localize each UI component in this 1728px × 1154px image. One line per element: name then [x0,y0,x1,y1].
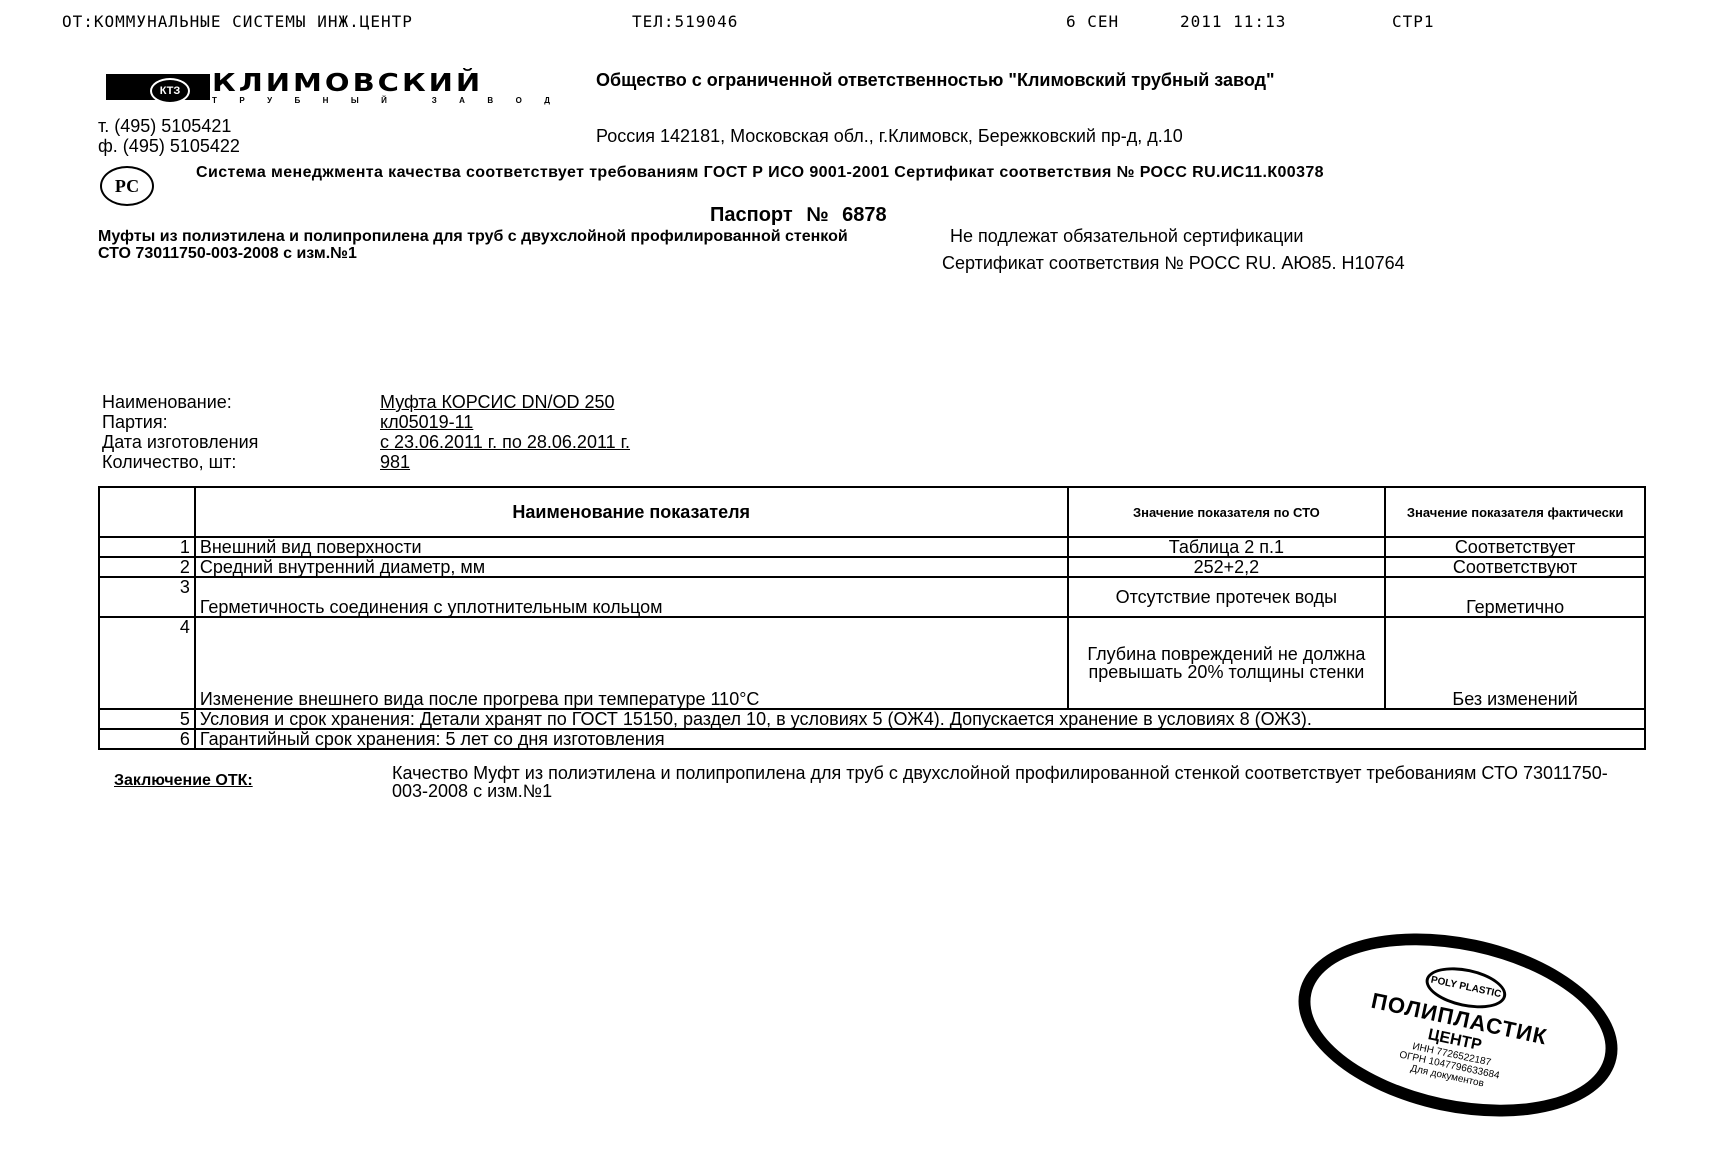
passport-label: Паспорт [710,204,793,226]
logo-subtitle-letter: Ы [351,96,359,105]
logo-subtitle-letter: У [267,96,272,105]
logo-subtitle-letter: Б [294,96,300,105]
table-row: 4 Изменение внешнего вида после прогрева… [99,617,1645,709]
logo-subtitle-letter: А [459,96,465,105]
passport-number: № 6878 [806,204,886,226]
logo-subtitle-letter: Й [381,96,387,105]
logo-subtitle-letter: Т [212,96,217,105]
logo-subtitle-letter: З [432,96,437,105]
logo-subtitle-letter: О [516,96,522,105]
table-row: 3 Герметичность соединения с уплотнитель… [99,577,1645,617]
table-row: 2 Средний внутренний диаметр, мм 252+2,2… [99,557,1645,577]
company-contacts: т. (495) 5105421 ф. (495) 5105422 [98,116,240,156]
row-name: Изменение внешнего вида после прогрева п… [195,617,1068,709]
logo-subtitle-letter: В [487,96,493,105]
info-label: Наименование: [102,392,380,412]
row-num: 4 [99,617,195,709]
table-header-row: Наименование показателя Значение показат… [99,487,1645,537]
logo-subtitle-letter: Р [239,96,244,105]
row-standard: Отсутствие протечек воды [1068,577,1386,617]
header-num [99,487,195,537]
specification-table: Наименование показателя Значение показат… [98,486,1646,750]
info-row: Наименование: Муфта КОРСИС DN/OD 250 [102,392,630,412]
row-name: Герметичность соединения с уплотнительны… [195,577,1068,617]
logo-subtitle-letter: Н [323,96,329,105]
row-name: Внешний вид поверхности [195,537,1068,557]
company-phone: т. (495) 5105421 [98,116,240,136]
info-value: с 23.06.2011 г. по 28.06.2011 г. [380,432,630,452]
info-label: Партия: [102,412,380,432]
company-logo: КТЗ КЛИМОВСКИЙ ТРУБНЫЙЗАВОД [106,72,550,106]
info-value: кл05019-11 [380,412,473,432]
info-value: 981 [380,452,410,472]
company-address: Россия 142181, Московская обл., г.Климов… [596,126,1183,147]
row-actual: Без изменений [1385,617,1645,709]
row-note: Гарантийный срок хранения: 5 лет со дня … [195,729,1645,749]
info-row: Количество, шт: 981 [102,452,630,472]
logo-name: КЛИМОВСКИЙ [212,68,483,97]
table-row: 1 Внешний вид поверхности Таблица 2 п.1 … [99,537,1645,557]
row-standard: Таблица 2 п.1 [1068,537,1386,557]
row-actual: Соответствуют [1385,557,1645,577]
table-note-row: 5 Условия и срок хранения: Детали хранят… [99,709,1645,729]
certification-note: Не подлежат обязательной сертификации [950,226,1303,247]
product-title: Муфты из полиэтилена и полипропилена для… [98,228,858,262]
logo-subtitle-letter: Д [544,96,550,105]
fax-time: 2011 11:13 [1180,12,1286,31]
fax-sender: ОТ:КОММУНАЛЬНЫЕ СИСТЕМЫ ИНЖ.ЦЕНТР [62,12,413,31]
fax-phone: ТЕЛ:519046 [632,12,738,31]
info-value: Муфта КОРСИС DN/OD 250 [380,392,615,412]
header-name: Наименование показателя [195,487,1068,537]
logo-subtitle: ТРУБНЫЙЗАВОД [212,96,550,105]
row-name: Средний внутренний диаметр, мм [195,557,1068,577]
info-label: Количество, шт: [102,452,380,472]
row-standard: Глубина повреждений не должна превышать … [1068,617,1386,709]
certificate-number: Сертификат соответствия № РОСС RU. АЮ85.… [942,254,1622,272]
fax-page: СТР1 [1392,12,1435,31]
row-num: 5 [99,709,195,729]
certification-mark-icon: РС [100,166,154,206]
passport-title: Паспорт № 6878 [710,204,887,227]
row-num: 3 [99,577,195,617]
info-row: Дата изготовления с 23.06.2011 г. по 28.… [102,432,630,452]
info-row: Партия: кл05019-11 [102,412,630,432]
row-standard: 252+2,2 [1068,557,1386,577]
logo-emblem-icon: КТЗ [150,78,190,104]
header-standard: Значение показателя по СТО [1068,487,1386,537]
row-num: 1 [99,537,195,557]
row-actual: Соответствует [1385,537,1645,557]
company-full-name: Общество с ограниченной ответственностью… [596,70,1624,90]
row-num: 6 [99,729,195,749]
product-info: Наименование: Муфта КОРСИС DN/OD 250 Пар… [102,392,630,472]
conclusion-text: Качество Муфт из полиэтилена и полипропи… [392,764,1642,800]
info-label: Дата изготовления [102,432,376,452]
conclusion-label: Заключение ОТК: [114,772,253,790]
fax-date: 6 СЕН [1066,12,1119,31]
header-actual: Значение показателя фактически [1385,487,1645,537]
qms-statement: Система менеджмента качества соответству… [196,164,1626,182]
company-stamp: POLY PLASTIC ПОЛИПЛАСТИК ЦЕНТР ИНН 77265… [1281,906,1634,1144]
row-actual: Герметично [1385,577,1645,617]
company-fax: ф. (495) 5105422 [98,136,240,156]
row-num: 2 [99,557,195,577]
table-note-row: 6 Гарантийный срок хранения: 5 лет со дн… [99,729,1645,749]
row-note: Условия и срок хранения: Детали хранят п… [195,709,1645,729]
